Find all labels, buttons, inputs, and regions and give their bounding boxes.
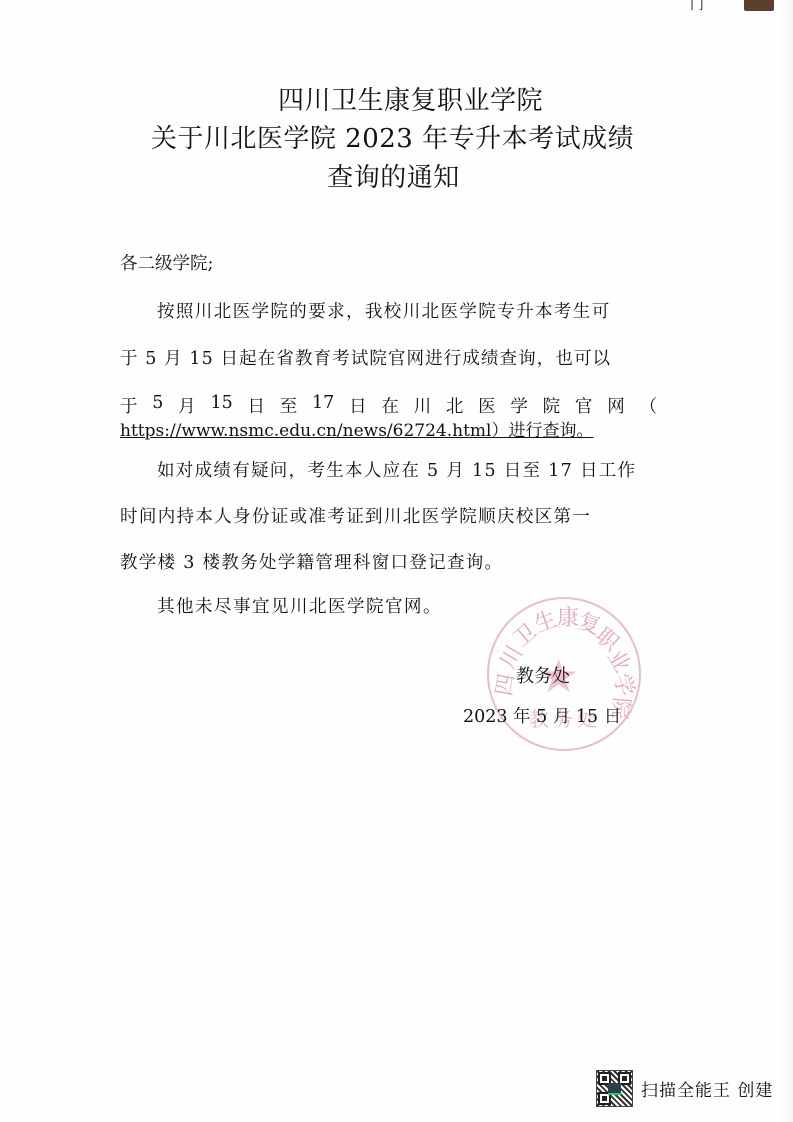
token: 网 <box>607 393 625 418</box>
scanner-watermark: 扫描全能王 创建 <box>596 1070 773 1107</box>
corner-mark: 门 <box>690 0 704 10</box>
paragraph-1-line-2: 于 5 月 15 日起在省教育考试院官网进行成绩查询，也可以 <box>120 345 611 370</box>
paragraph-2-line-2: 时间内持本人身份证或准考证到川北医学院顺庆校区第一 <box>120 503 591 528</box>
title-line-3: 查询的通知 <box>0 157 790 194</box>
token: 17 <box>312 393 334 418</box>
paragraph-3: 其他未尽事宜见川北医学院官网。 <box>157 593 442 618</box>
paragraph-2-line-1: 如对成绩有疑问，考生本人应在 5 月 15 日至 17 日工作 <box>157 457 636 482</box>
token: 日 <box>349 393 367 418</box>
signature-date: 2023 年 5 月 15 日 <box>463 703 621 728</box>
results-url-link[interactable]: https://www.nsmc.edu.cn/news/62724.html）… <box>120 416 594 441</box>
token: 至 <box>280 393 298 418</box>
token: 川 <box>414 393 432 418</box>
token: 在 <box>381 393 399 418</box>
title-line-1: 四川卫生康复职业学院 <box>14 80 793 117</box>
token: 学 <box>510 393 528 418</box>
paragraph-1-line-1: 按照川北医学院的要求，我校川北医学院专升本考生可 <box>157 298 611 323</box>
signature-department: 教务处 <box>516 662 570 688</box>
paragraph-2-line-3: 教学楼 3 楼教务处学籍管理科窗口登记查询。 <box>120 549 503 574</box>
token: 5 <box>152 393 163 418</box>
token: 日 <box>247 393 265 418</box>
title-line-2: 关于川北医学院 2023 年专升本考试成绩 <box>0 118 789 155</box>
watermark-text: 扫描全能王 创建 <box>641 1076 773 1101</box>
token: 北 <box>446 393 464 418</box>
paragraph-1-line-3: 于 5 月 15 日 至 17 日 在 川 北 医 学 院 官 网 （ <box>120 393 657 418</box>
token: 月 <box>178 393 196 418</box>
token: 官 <box>575 393 593 418</box>
corner-tab-decoration <box>744 0 774 11</box>
qr-code-icon <box>596 1070 633 1107</box>
token: 15 <box>210 393 232 418</box>
salutation: 各二级学院; <box>120 250 213 275</box>
token: 院 <box>543 393 561 418</box>
token: 医 <box>478 393 496 418</box>
token: 于 <box>120 393 138 418</box>
token: （ <box>639 393 657 418</box>
